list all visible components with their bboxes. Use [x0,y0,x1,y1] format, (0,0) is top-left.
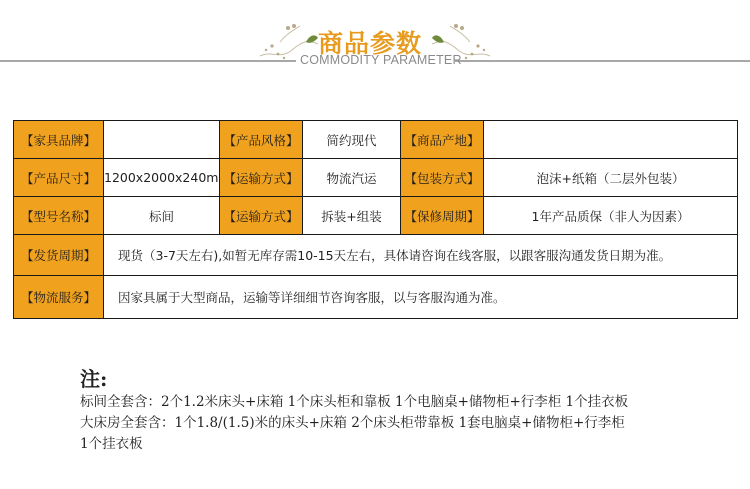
table-row: 【家具品牌】 【产品风格】 简约现代 【商品产地】 [14,121,738,159]
section-header: 商品参数 COMMODITY PARAMETER [0,0,750,75]
param-value-brand [104,121,220,159]
param-label-delivery: 【发货周期】 [14,235,104,276]
notes-section: 注: 标间全套含：2个1.2米床头+床箱 1个床头柜和靠板 1个电脑桌+储物柜+… [80,366,628,455]
param-value-delivery: 现货（3-7天左右),如暂无库存需10-15天左右，具体请咨询在线客服，以跟客服… [104,235,738,276]
param-value-model: 标间 [104,197,220,235]
param-label-shipping-2: 【运输方式】 [220,197,303,235]
notes-line-king-room-cont: 1个挂衣板 [80,434,628,455]
param-label-logistics: 【物流服务】 [14,276,104,319]
param-label-model: 【型号名称】 [14,197,104,235]
param-value-logistics: 因家具属于大型商品，运输等详细细节咨询客服，以与客服沟通为准。 [104,276,738,319]
product-params-table: 【家具品牌】 【产品风格】 简约现代 【商品产地】 【产品尺寸】 1200x20… [13,120,738,319]
param-value-style: 简约现代 [303,121,401,159]
param-label-packaging: 【包装方式】 [401,159,484,197]
notes-line-king-room: 大床房全套含：1个1.8/(1.5)米的床头+床箱 2个床头柜带靠板 1套电脑桌… [80,413,628,434]
section-subtitle: COMMODITY PARAMETER [300,53,450,67]
param-label-style: 【产品风格】 [220,121,303,159]
notes-line-standard-room: 标间全套含：2个1.2米床头+床箱 1个床头柜和靠板 1个电脑桌+储物柜+行李柜… [80,392,628,413]
header-divider-left [0,60,296,62]
table-row: 【产品尺寸】 1200x2000x240mm 【运输方式】 物流汽运 【包装方式… [14,159,738,197]
param-label-size: 【产品尺寸】 [14,159,104,197]
table-row: 【型号名称】 标间 【运输方式】 拆装+组装 【保修周期】 1年产品质保（非人为… [14,197,738,235]
param-value-size: 1200x2000x240mm [104,159,220,197]
table-row: 【物流服务】 因家具属于大型商品，运输等详细细节咨询客服，以与客服沟通为准。 [14,276,738,319]
header-divider-right [455,60,750,62]
param-value-origin [484,121,738,159]
table-row: 【发货周期】 现货（3-7天左右),如暂无库存需10-15天左右，具体请咨询在线… [14,235,738,276]
notes-title: 注: [80,366,628,392]
param-label-warranty: 【保修周期】 [401,197,484,235]
param-label-shipping: 【运输方式】 [220,159,303,197]
param-value-packaging: 泡沫+纸箱（二层外包装） [484,159,738,197]
param-value-shipping: 物流汽运 [303,159,401,197]
param-value-warranty: 1年产品质保（非人为因素） [484,197,738,235]
param-value-assembly: 拆装+组装 [303,197,401,235]
param-label-brand: 【家具品牌】 [14,121,104,159]
param-label-origin: 【商品产地】 [401,121,484,159]
